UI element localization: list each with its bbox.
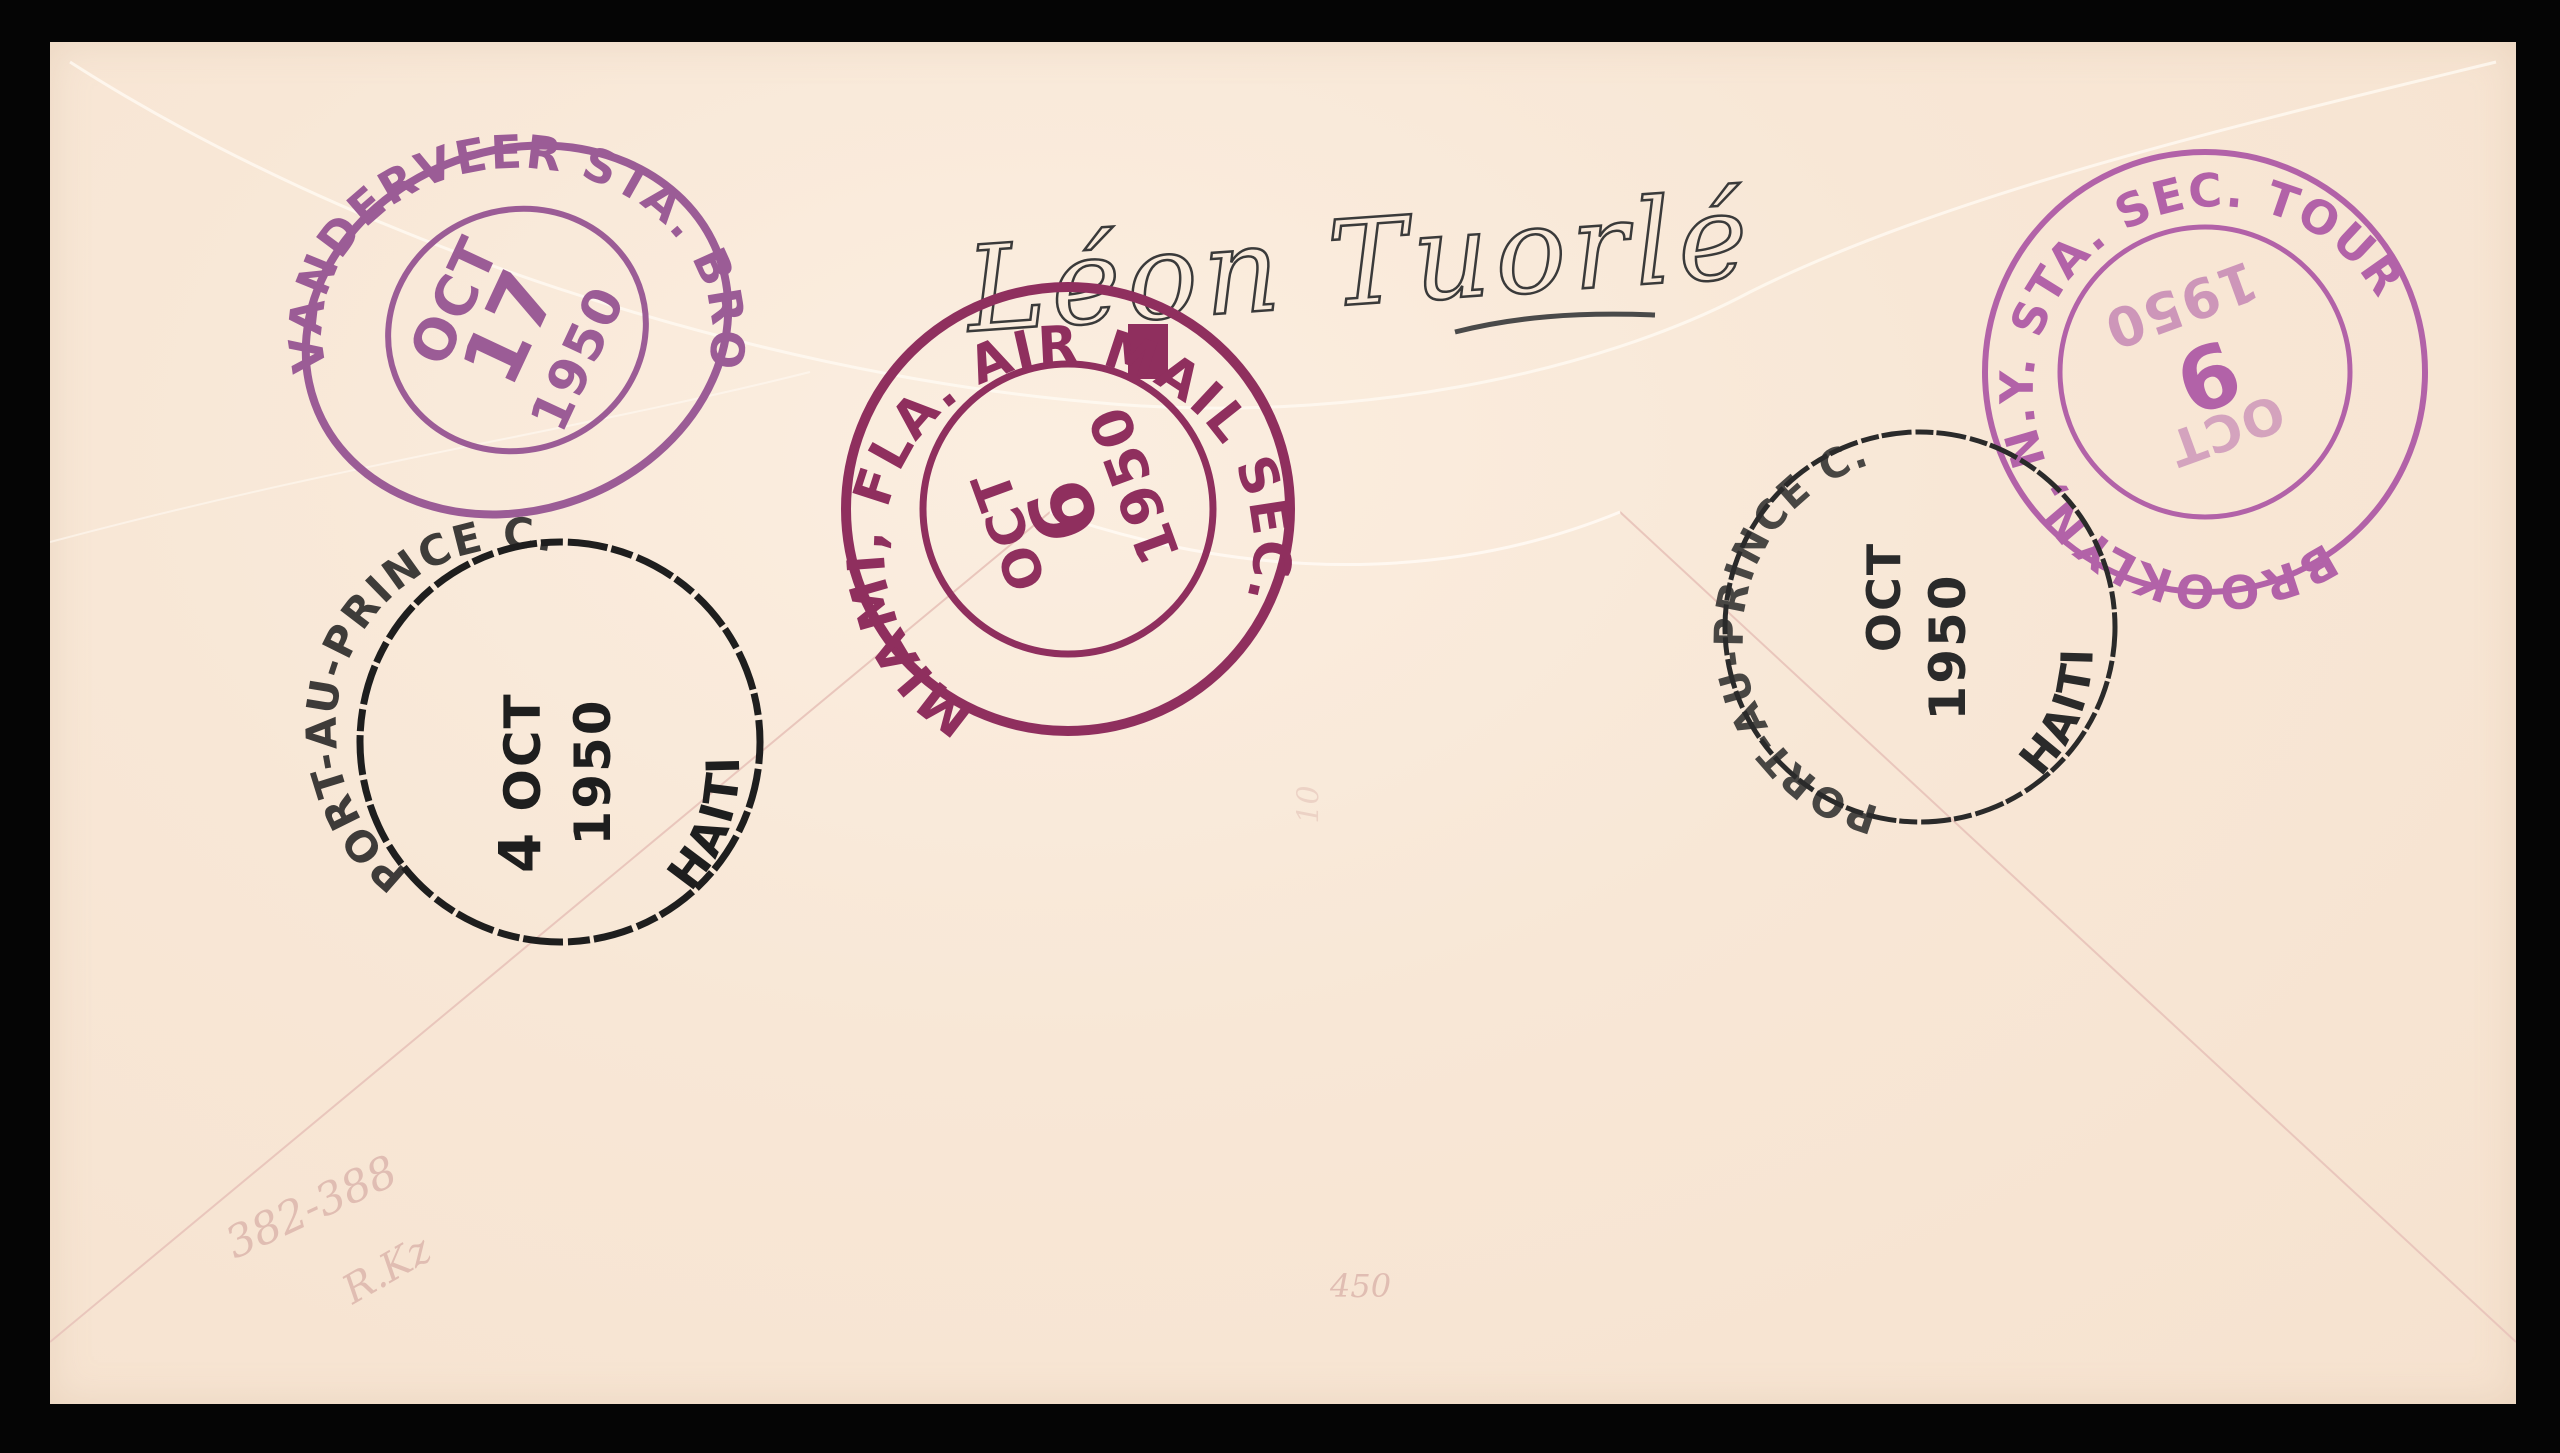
postmark-port-au-prince-right: PORT-AU-PRINCE C. HAITI OCT 1950 [1710, 417, 2130, 837]
svg-text:1950: 1950 [564, 698, 622, 845]
postmark-brooklyn-vanderveer: VANDERVEER STA. BROOKLYN OCT 17 1950 [287, 140, 747, 520]
svg-text:4: 4 [486, 831, 554, 873]
envelope-back: Léon Tuorlé VANDERVEER STA. BROOKLYN OCT… [50, 42, 2516, 1404]
svg-text:HAITI: HAITI [2010, 646, 2104, 784]
pencil-note-price: 450 [1330, 1267, 1391, 1305]
postmark-miami-air-mail: MIAMI, FLA. AIR MAIL SEC. OCT 6 1950 [833, 279, 1303, 739]
postmark-port-au-prince-left: PORT-AU-PRINCE C. HAITI OCT 4 1950 [340, 522, 780, 962]
pencil-note-faint: 10 [1292, 785, 1327, 823]
svg-text:OCT: OCT [1857, 542, 1911, 652]
svg-text:HAITI: HAITI [656, 754, 750, 899]
svg-text:OCT: OCT [494, 692, 552, 811]
svg-text:1950: 1950 [1919, 573, 1977, 720]
